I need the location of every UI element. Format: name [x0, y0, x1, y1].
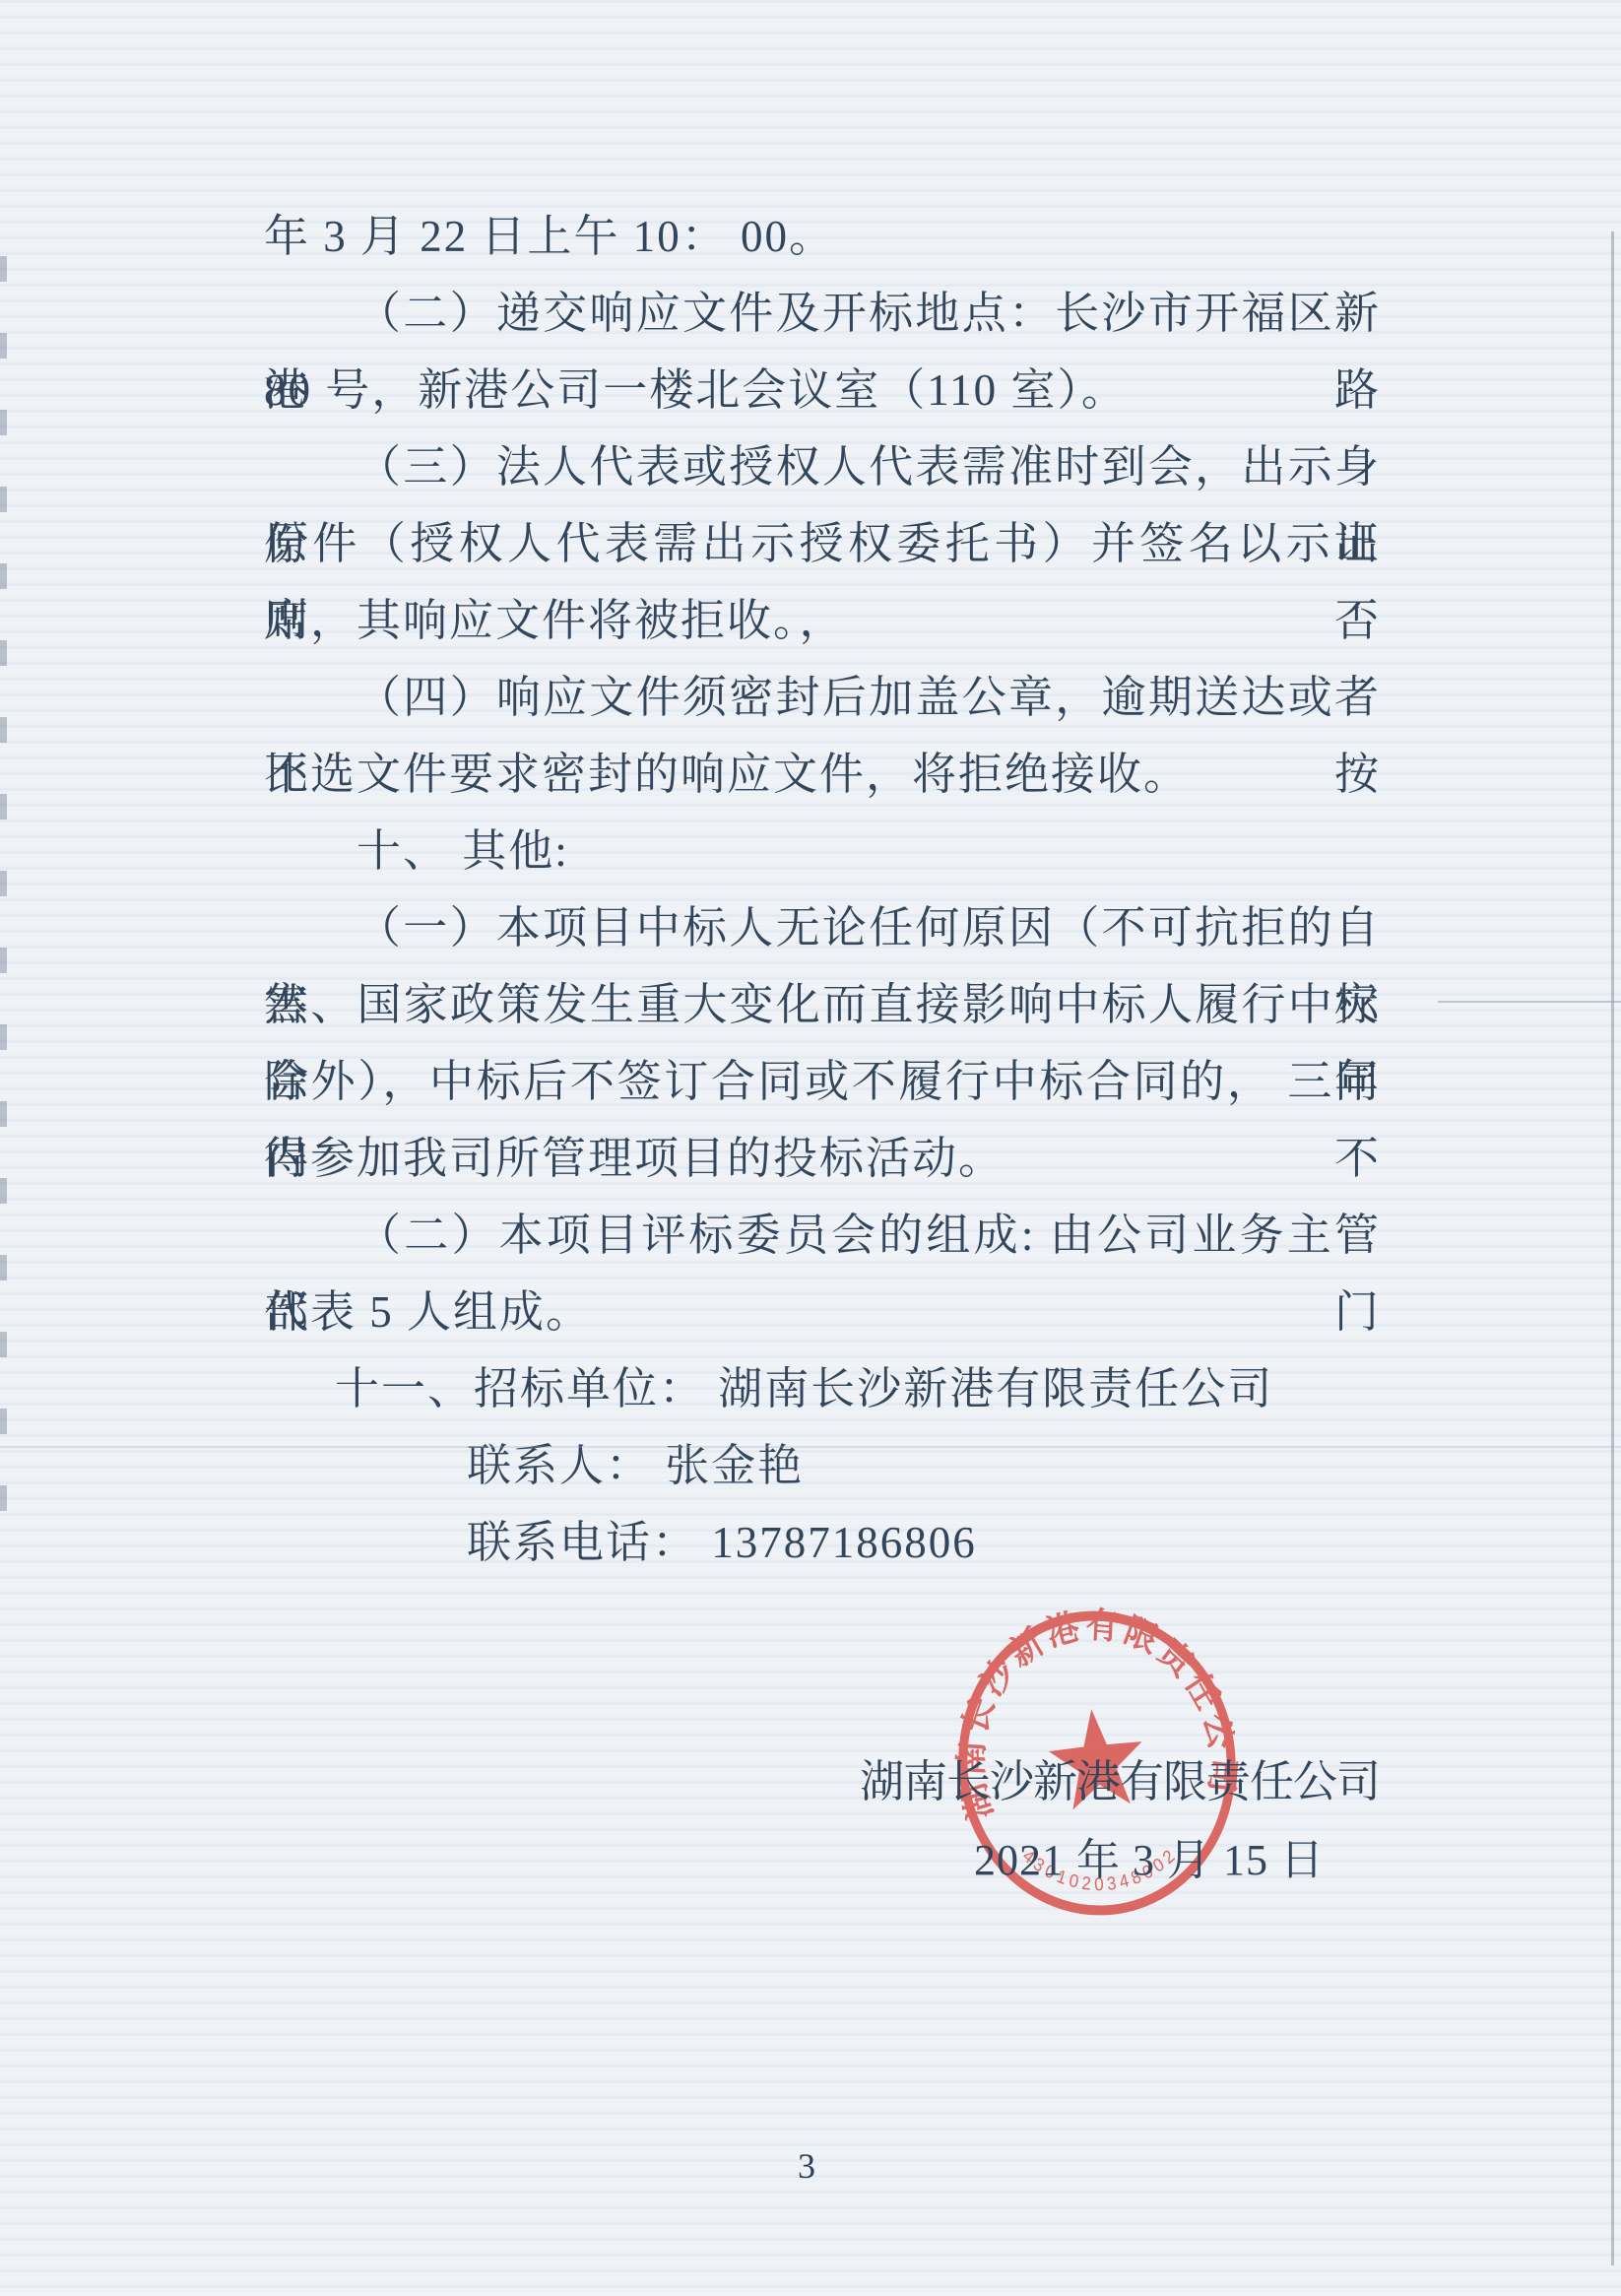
scan-streak-artifact: [1438, 1001, 1621, 1003]
document-page: 年 3 月 22 日上午 10： 00。 （二）递交响应文件及开标地点：长沙市开…: [0, 0, 1621, 2296]
text-line: 联系人： 张金艳: [264, 1427, 1381, 1504]
text-line: （三）法人代表或授权人代表需准时到会，出示身份证: [264, 428, 1381, 505]
scan-edge-artifact: [0, 256, 7, 1537]
text-line: 害、国家政策发生重大变化而直接影响中标人履行中标合同: [264, 966, 1381, 1043]
page-number: 3: [777, 2145, 836, 2187]
text-line: 十、 其他:: [264, 813, 1381, 889]
signature-date: 2021 年 3 月 15 日: [974, 1824, 1388, 1887]
scan-streak-artifact: [0, 1446, 1621, 1448]
text-line: 除外），中标后不签订合同或不履行中标合同的， 三年内不: [264, 1043, 1381, 1120]
text-line: （一）本项目中标人无论任何原因（不可抗拒的自然灾: [264, 889, 1381, 966]
text-line: （二）递交响应文件及开标地点：长沙市开福区新港路: [264, 275, 1381, 352]
text-line: （二）本项目评标委员会的组成: 由公司业务主管部门: [264, 1197, 1381, 1274]
body-text: 年 3 月 22 日上午 10： 00。 （二）递交响应文件及开标地点：长沙市开…: [264, 198, 1381, 1581]
text-line: 原件（授权人代表需出示授权委托书）并签名以示出席，否: [264, 505, 1381, 582]
text-line: 十一、招标单位： 湖南长沙新港有限责任公司: [264, 1350, 1381, 1427]
text-line: （四）响应文件须密封后加盖公章，逾期送达或者不按: [264, 659, 1381, 736]
scan-edge-artifact: [1611, 231, 1614, 2265]
text-line: 年 3 月 22 日上午 10： 00。: [264, 198, 1381, 275]
signature-company: 湖南长沙新港有限责任公司: [860, 1745, 1411, 1809]
